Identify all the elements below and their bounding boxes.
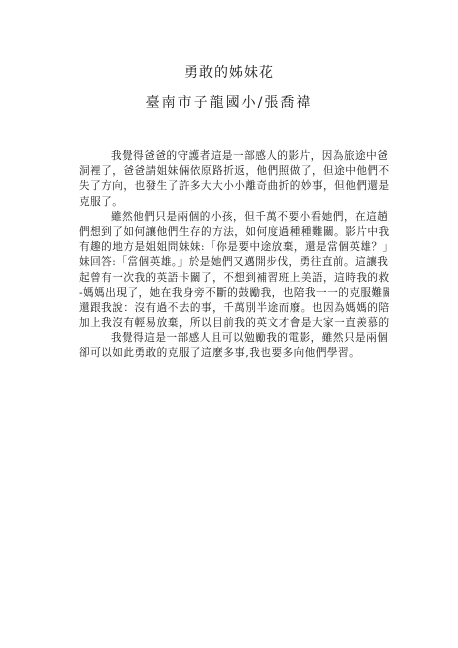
document-page: 勇敢的姊妹花 臺南市子龍國小/張喬禕 我覺得爸爸的守護者這是一部感人的影片，因為…: [0, 0, 458, 648]
paragraph-2-line-7: 還跟我說：沒有過不去的事，千萬別半途而廢。也因為媽媽的陪伴，: [79, 301, 389, 316]
paragraph-2-line-5: 起曾有一次我的英語卡關了，不想到補習班上美語，這時我的救世主: [79, 271, 389, 286]
paragraph-1-line-2: 洞裡了，爸爸請姐妹倆依原路折返，他們照做了，但途中他們不慎迷: [79, 164, 389, 179]
paragraph-2-line-6: -媽媽出現了，她在我身旁不斷的鼓勵我，也陪我一一的克服難關，: [79, 286, 389, 301]
paragraph-2-line-8: 加上我沒有輕易放棄，所以目前我的英文才會是大家一直羨慕的。: [79, 316, 389, 331]
paragraph-2-line-4: 妹回答:「當個英雄。」於是她們又邁開步伐，勇往直前。這讓我想: [79, 255, 389, 270]
paragraph-3-line-2: 卻可以如此勇敢的克服了這麼多事,我也要多向他們學習。: [79, 346, 389, 361]
document-title: 勇敢的姊妹花: [0, 64, 458, 82]
paragraph-1-line-3: 失了方向，也發生了許多大大小小離奇曲折的妙事，但他們還是一一: [79, 179, 389, 194]
paragraph-2-line-1: 雖然他們只是兩個的小孩，但千萬不要小看她們，在這趟旅程她: [79, 210, 389, 225]
paragraph-1-line-1: 我覺得爸爸的守護者這是一部感人的影片，因為旅途中爸爸掉進: [79, 149, 389, 164]
paragraph-2-line-3: 有趣的地方是姐姐問妹妹:「你是要中途放棄，還是當個英雄？」妹: [79, 240, 389, 255]
paragraph-2-line-2: 們想到了如何讓他們生存的方法，如何度過種種難關。影片中我覺得: [79, 225, 389, 240]
document-body: 我覺得爸爸的守護者這是一部感人的影片，因為旅途中爸爸掉進 洞裡了，爸爸請姐妹倆依…: [79, 149, 389, 362]
paragraph-1-line-4: 克服了。: [79, 195, 389, 210]
paragraph-3-line-1: 我覺得這是一部感人且可以勉勵我的電影，雖然只是兩個小孩，: [79, 331, 389, 346]
author-line: 臺南市子龍國小/張喬禕: [0, 94, 458, 112]
